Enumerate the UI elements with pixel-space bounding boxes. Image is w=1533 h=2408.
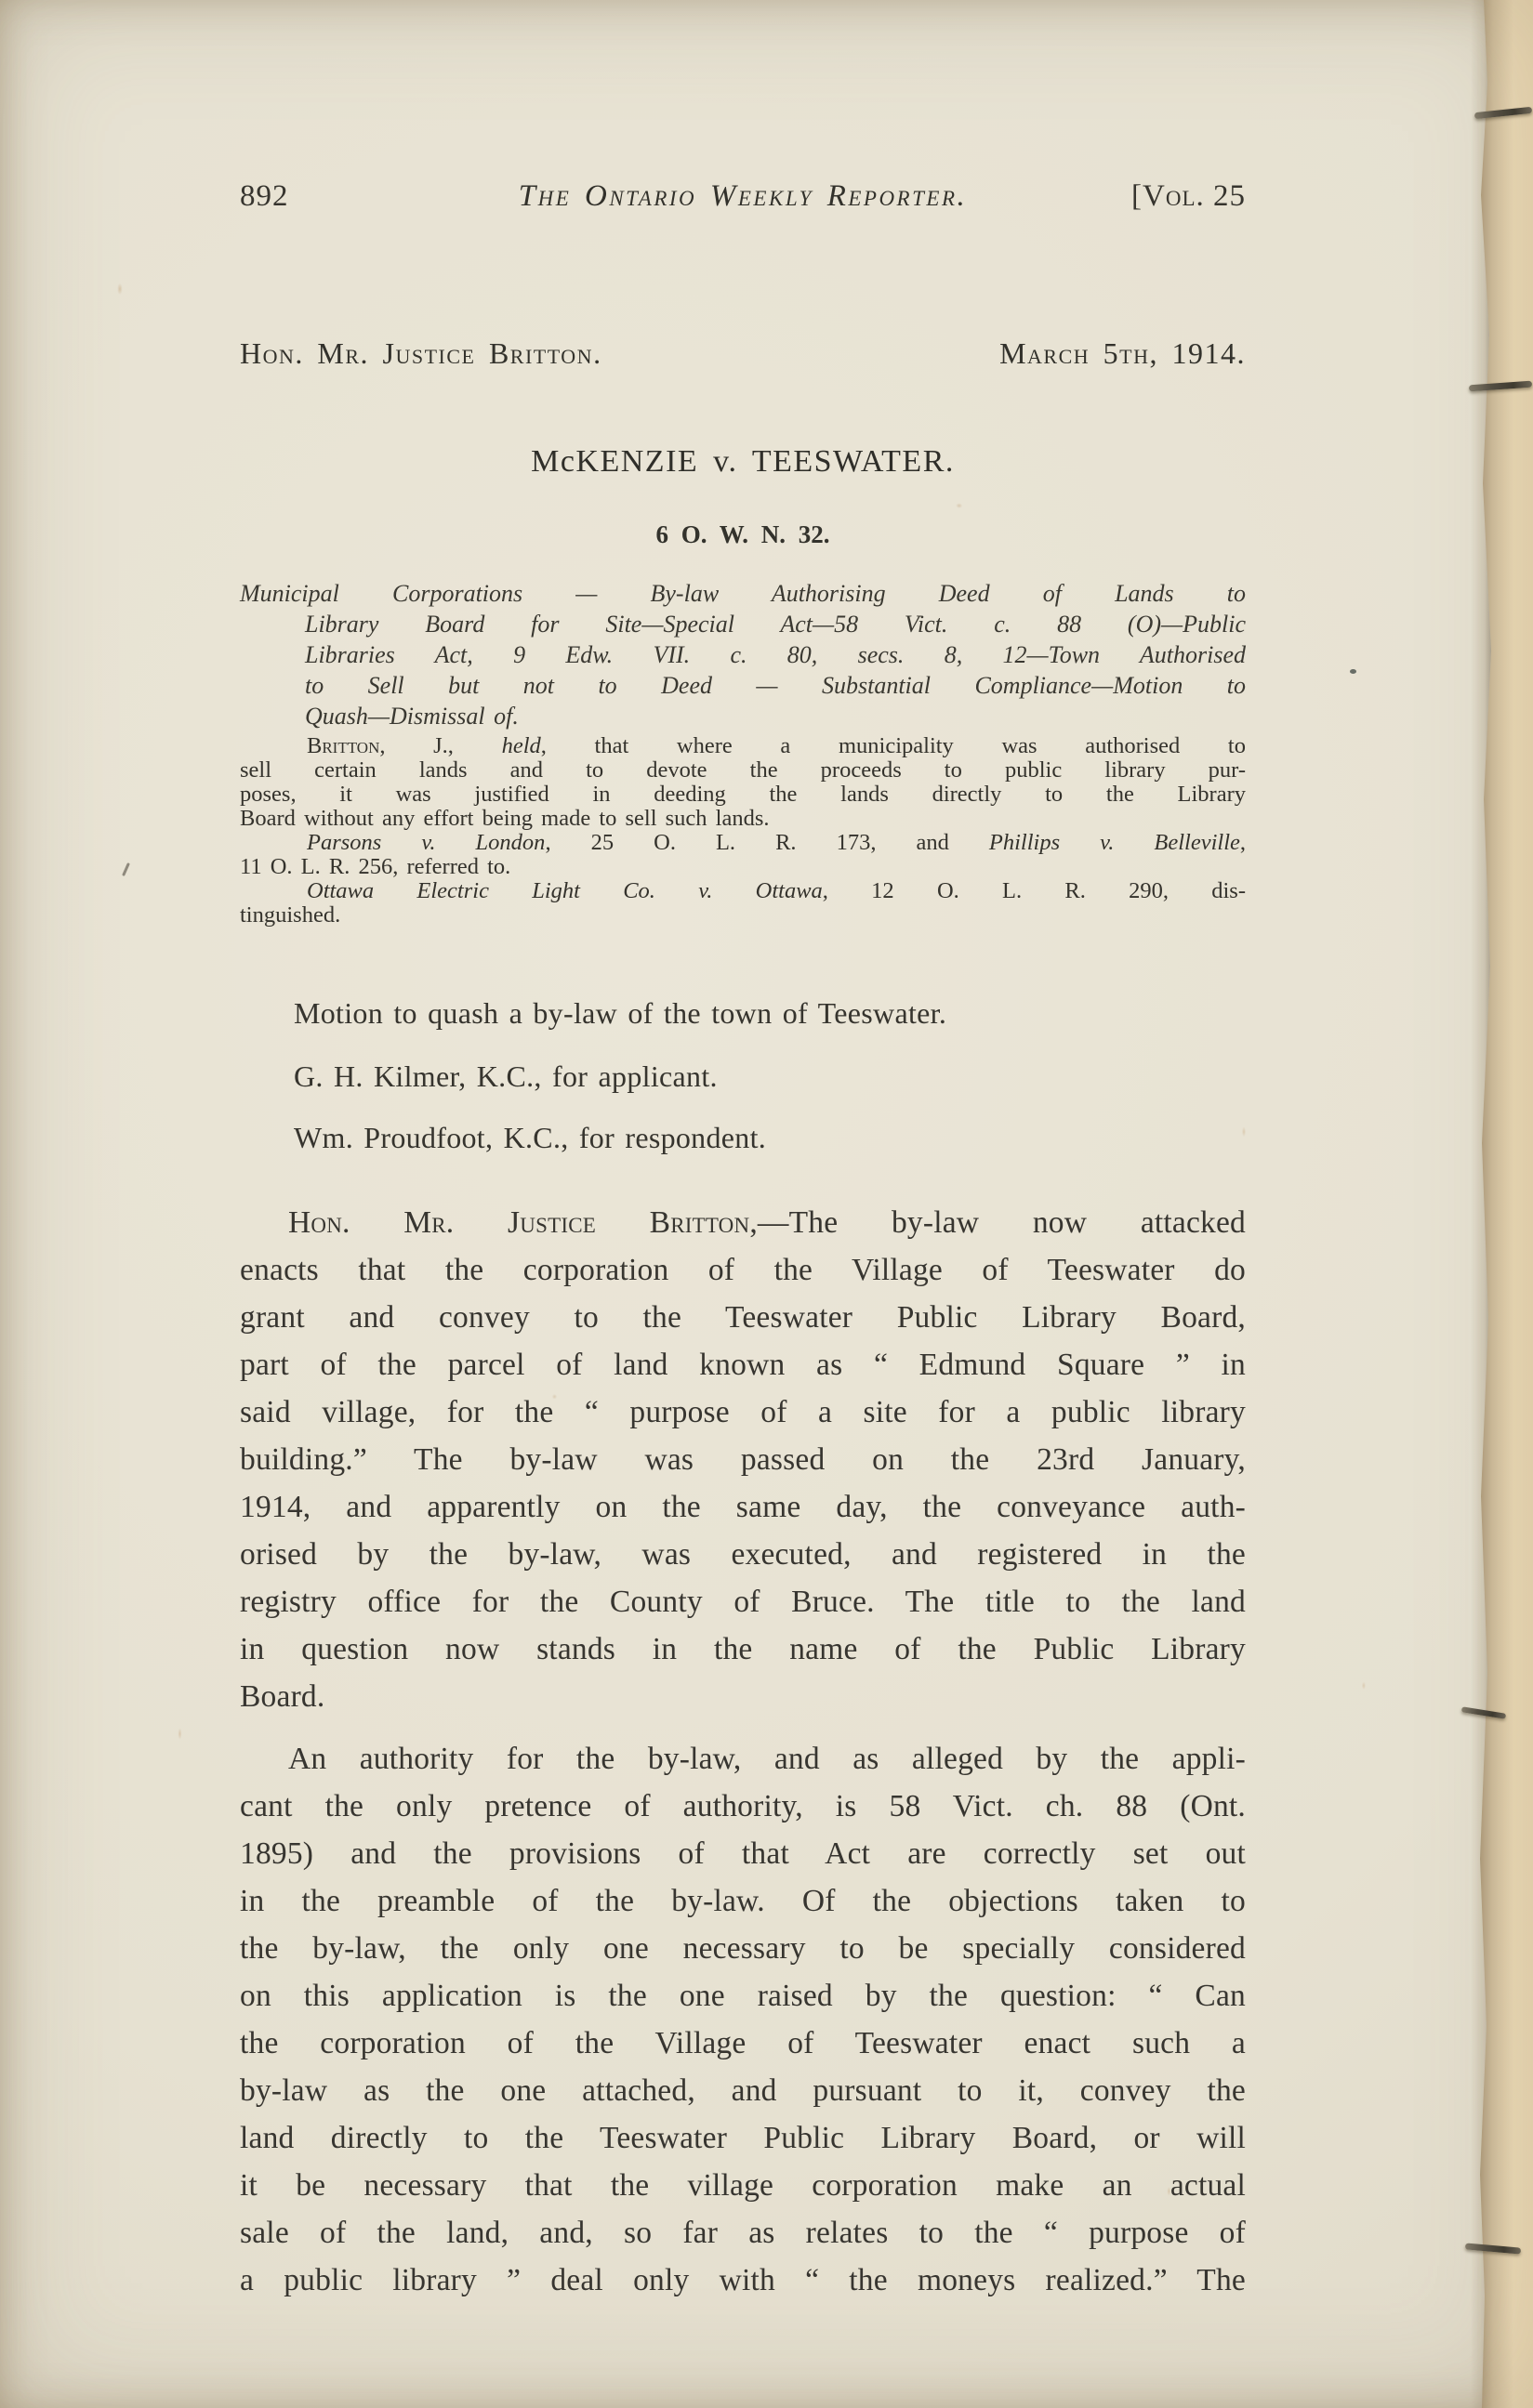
opinion-paragraph: Hon. Mr. Justice Britton,—The by-law now…	[240, 1199, 1246, 1720]
text-line: by-law as the one attached, and pursuant…	[240, 2067, 1246, 2114]
page-number: 892	[240, 178, 289, 214]
text-line: said village, for the “ purpose of a sit…	[240, 1388, 1246, 1436]
text-line: 1914, and apparently on the same day, th…	[240, 1483, 1246, 1531]
text-line: the corporation of the Village of Teeswa…	[240, 2020, 1246, 2067]
text-line: registry office for the County of Bruce.…	[240, 1578, 1246, 1625]
text-line: 11 O. L. R. 256, referred to.	[240, 855, 1246, 879]
decision-date: March 5th, 1914.	[999, 336, 1246, 371]
text-line: 1895) and the provisions of that Act are…	[240, 1830, 1246, 1877]
text-line: on this application is the one raised by…	[240, 1972, 1246, 2020]
case-citation: 6 O. W. N. 32.	[240, 520, 1246, 549]
text-line: Britton, J., held, that where a municipa…	[240, 734, 1246, 758]
judge-name: Hon. Mr. Justice Britton.	[240, 336, 602, 371]
text-line: cant the only pretence of authority, is …	[240, 1783, 1246, 1830]
text-line: part of the parcel of land known as “ Ed…	[240, 1341, 1246, 1388]
text-line: An authority for the by-law, and as alle…	[240, 1735, 1246, 1783]
text-line: Libraries Act, 9 Edw. VII. c. 80, secs. …	[240, 639, 1246, 670]
opinion-paragraph: An authority for the by-law, and as alle…	[240, 1735, 1246, 2304]
text-line: in question now stands in the name of th…	[240, 1625, 1246, 1673]
text-line: Municipal Corporations — By-law Authoris…	[240, 578, 1246, 609]
running-header: 892 The Ontario Weekly Reporter. [Vol. 2…	[240, 178, 1246, 214]
headnote: Municipal Corporations — By-law Authoris…	[240, 578, 1246, 731]
text-line: building.” The by-law was passed on the …	[240, 1436, 1246, 1483]
text-line: sale of the land, and, so far as relates…	[240, 2209, 1246, 2257]
text-line: grant and convey to the Teeswater Public…	[240, 1294, 1246, 1341]
text-line: poses, it was justified in deeding the l…	[240, 783, 1246, 807]
text-line: it be necessary that the village corpora…	[240, 2162, 1246, 2209]
scanned-book-photo: { "header": { "page_number": "892", "run…	[0, 0, 1533, 2408]
text-line: sell certain lands and to devote the pro…	[240, 758, 1246, 783]
summary-paragraph: Ottawa Electric Light Co. v. Ottawa, 12 …	[240, 879, 1246, 928]
text-line: orised by the by-law, was executed, and …	[240, 1531, 1246, 1578]
motion-line: Motion to quash a by-law of the town of …	[240, 996, 1300, 1031]
text-line: a public library ” deal only with “ the …	[240, 2257, 1246, 2304]
text-line: Board without any effort being made to s…	[240, 807, 1246, 831]
text-line: land directly to the Teeswater Public Li…	[240, 2114, 1246, 2162]
text-line: Hon. Mr. Justice Britton,—The by-law now…	[240, 1199, 1246, 1246]
volume-label: [Vol. 25	[1131, 178, 1246, 214]
summary-paragraph: Parsons v. London, 25 O. L. R. 173, and …	[240, 831, 1246, 879]
text-line: enacts that the corporation of the Villa…	[240, 1246, 1246, 1294]
judge-date-row: Hon. Mr. Justice Britton. March 5th, 191…	[240, 336, 1246, 371]
case-title: McKENZIE v. TEESWATER.	[240, 444, 1246, 480]
text-line: the by-law, the only one necessary to be…	[240, 1925, 1246, 1972]
summary-paragraph: Britton, J., held, that where a municipa…	[240, 734, 1246, 831]
text-line: Board.	[240, 1673, 1246, 1720]
text-line: tinguished.	[240, 903, 1246, 928]
opinion-body: Hon. Mr. Justice Britton,—The by-law now…	[240, 1199, 1246, 2304]
text-line: Quash—Dismissal of.	[240, 701, 1246, 731]
text-line: to Sell but not to Deed — Substantial Co…	[240, 670, 1246, 701]
text-line: Parsons v. London, 25 O. L. R. 173, and …	[240, 831, 1246, 855]
counsel-respondent: Wm. Proudfoot, K.C., for respondent.	[240, 1121, 1300, 1155]
paper-speck	[1350, 669, 1356, 674]
running-title: The Ontario Weekly Reporter.	[519, 178, 968, 214]
headnote-summary: Britton, J., held, that where a municipa…	[240, 734, 1246, 928]
page-sheet: 892 The Ontario Weekly Reporter. [Vol. 2…	[0, 0, 1499, 2408]
text-line: Library Board for Site—Special Act—58 Vi…	[240, 609, 1246, 639]
counsel-applicant: G. H. Kilmer, K.C., for applicant.	[240, 1059, 1300, 1094]
text-line: in the preamble of the by-law. Of the ob…	[240, 1877, 1246, 1925]
text-line: Ottawa Electric Light Co. v. Ottawa, 12 …	[240, 879, 1246, 903]
